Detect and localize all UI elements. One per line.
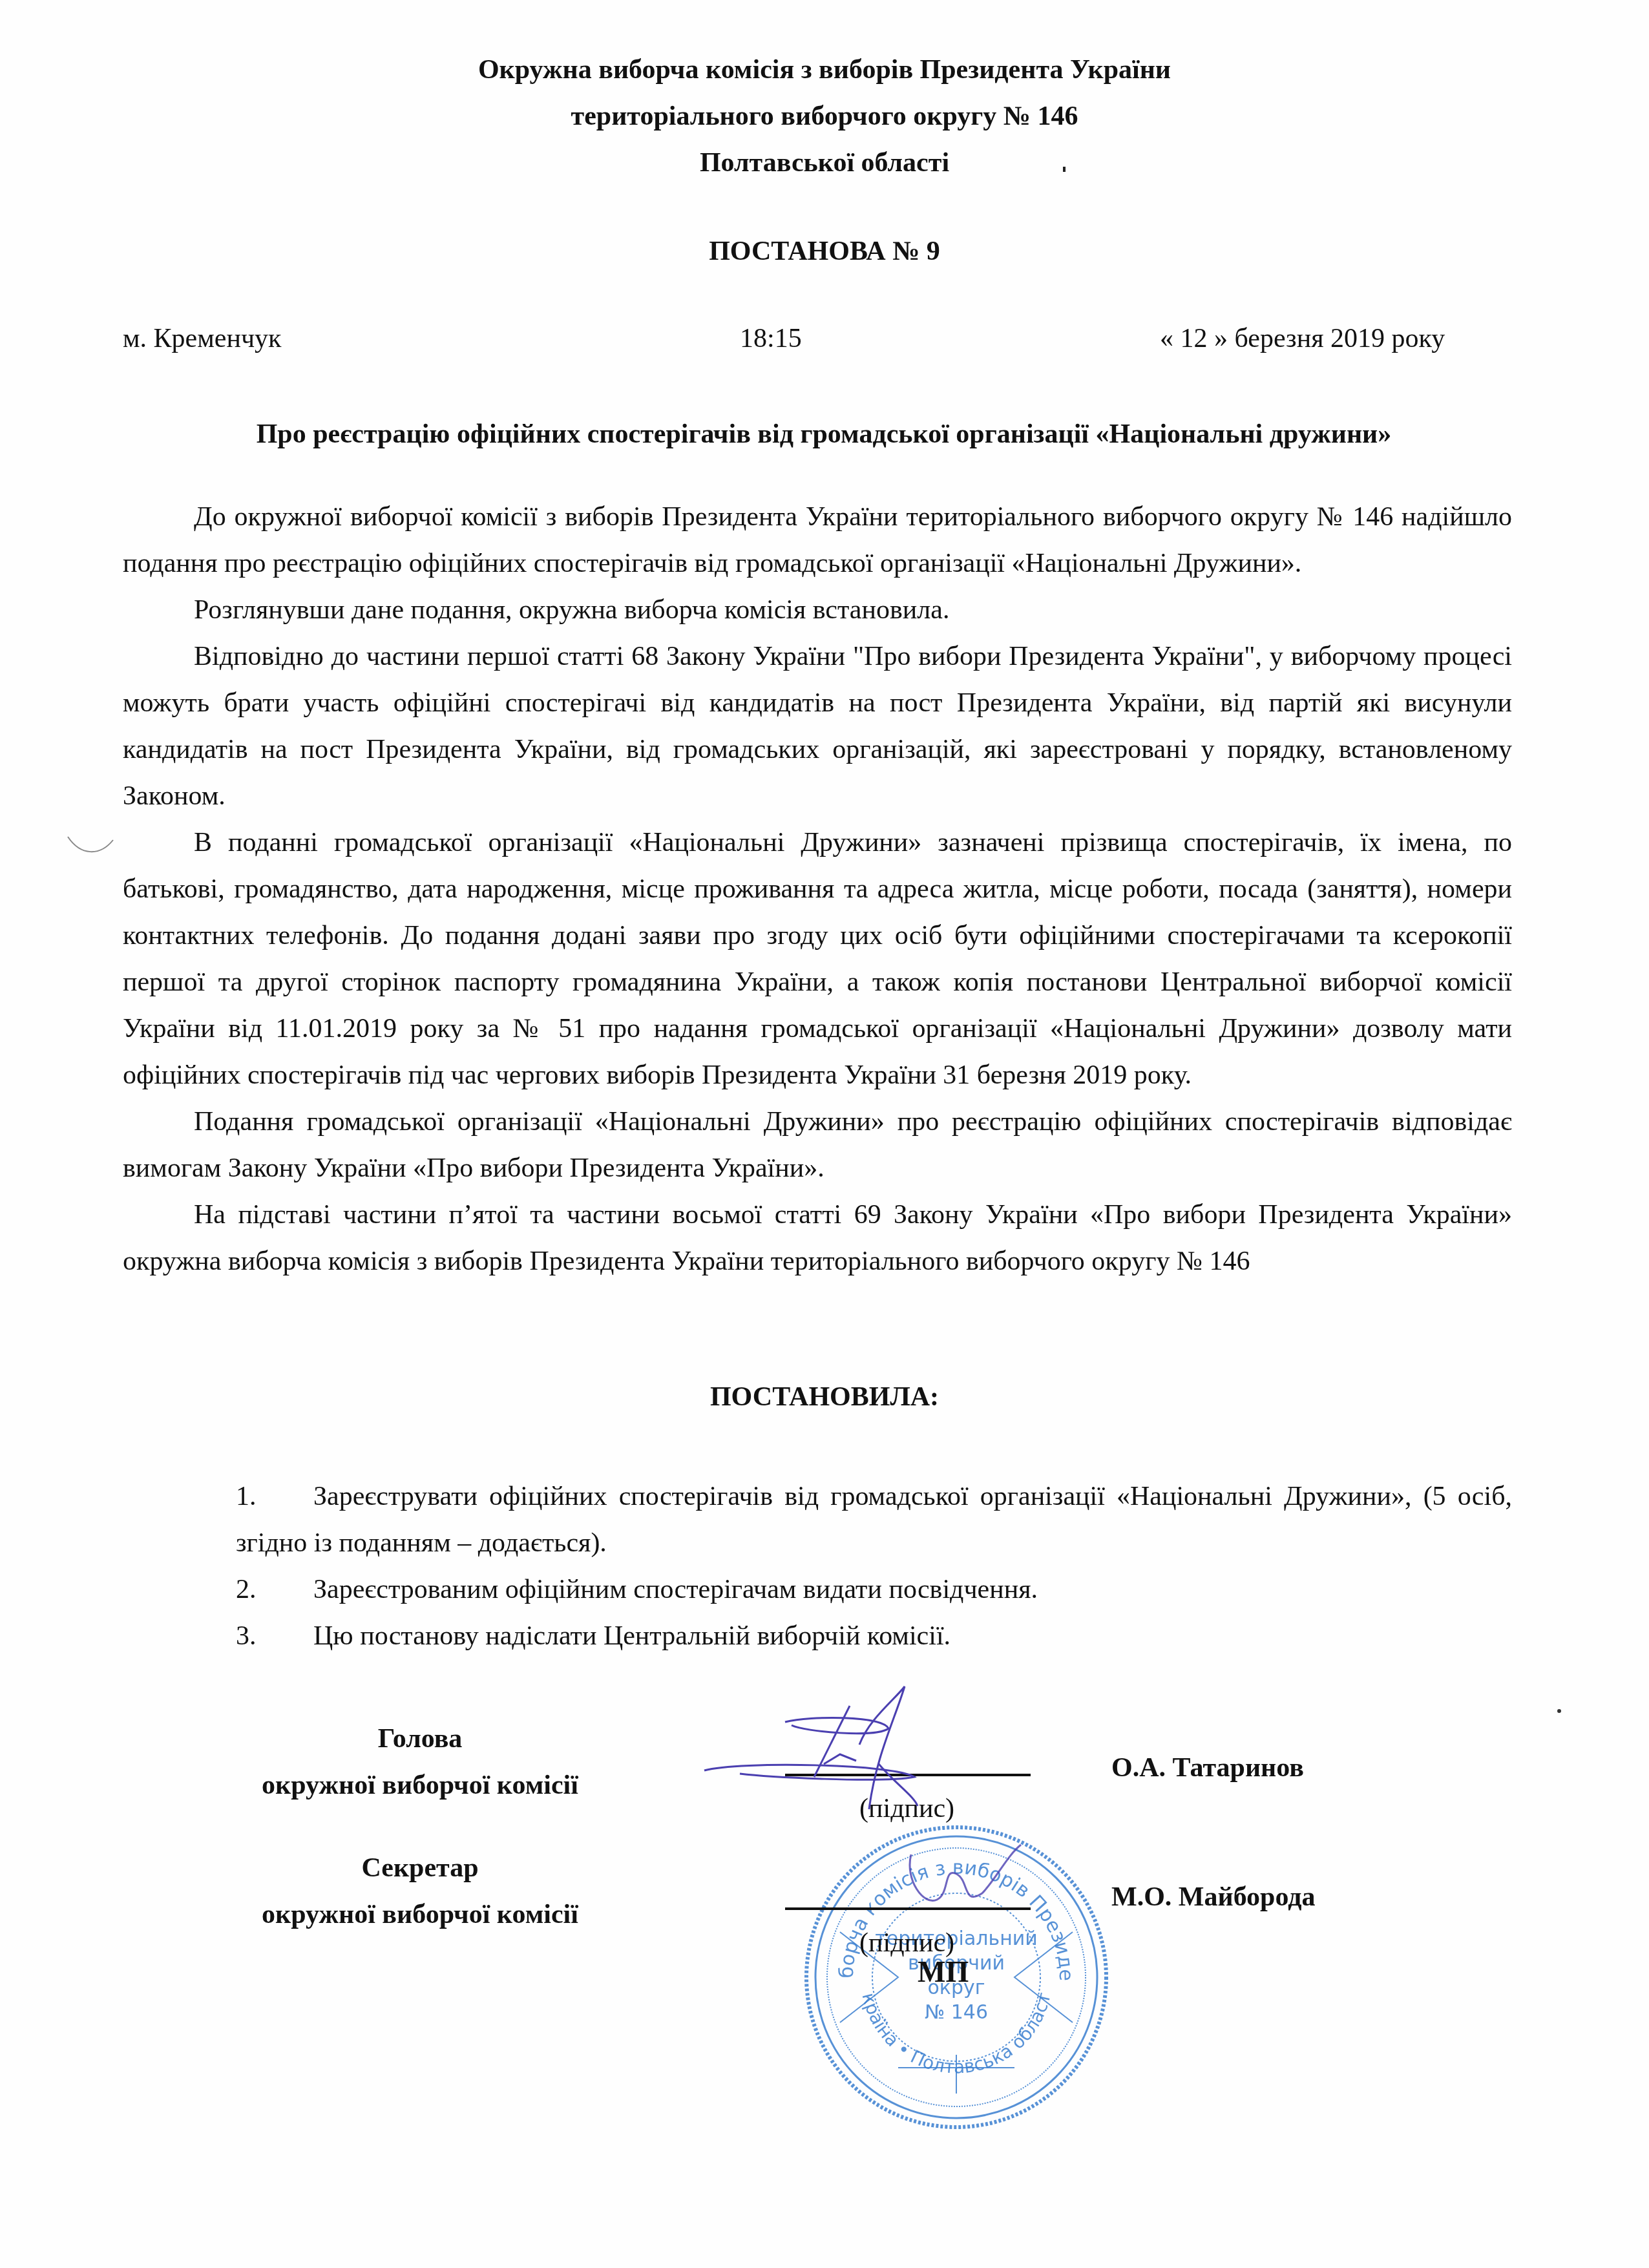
chair-signature-icon (701, 1680, 947, 1816)
decision-number: 2. (236, 1566, 313, 1613)
secretary-name: М.О. Майборода (1111, 1882, 1316, 1913)
secretary-role: Секретар окружної виборчої комісії (194, 1845, 646, 1938)
meta-city: м. Кременчук (123, 323, 281, 354)
paragraph-1: До окружної виборчої комісії з виборів П… (123, 494, 1512, 587)
chair-role-line-1: Голова (194, 1716, 646, 1762)
secretary-role-line-1: Секретар (194, 1845, 646, 1891)
meta-time: 18:15 (740, 323, 802, 354)
header-line-3: Полтавської області (0, 143, 1649, 182)
decision-number: 3. (236, 1613, 313, 1659)
paragraph-5: Подання громадської організації «Націона… (123, 1098, 1512, 1192)
header-line-1: Окружна виборча комісія з виборів Презид… (0, 50, 1649, 89)
secretary-role-line-2: окружної виборчої комісії (194, 1891, 646, 1938)
scan-mark-icon (65, 834, 116, 859)
paragraph-4: В поданні громадської організації «Націо… (123, 819, 1512, 1098)
svg-text:№ 146: № 146 (925, 2001, 988, 2024)
scan-dot-icon (1557, 1709, 1561, 1713)
decision-text: Зареєстрованим офіційним спостерігачам в… (313, 1566, 1038, 1613)
document-body: До окружної виборчої комісії з виборів П… (123, 494, 1512, 1285)
chair-name: О.А. Татаринов (1111, 1752, 1304, 1783)
header-line-2: територіального виборчого округу № 146 (0, 97, 1649, 136)
document-title: ПОСТАНОВА № 9 (0, 236, 1649, 267)
decision-text: Зареєструвати офіційних спостерігачів ві… (236, 1482, 1512, 1558)
decision-number: 1. (236, 1473, 313, 1520)
paragraph-2: Розглянувши дане подання, окружна виборч… (123, 587, 1512, 633)
secretary-signature-caption: (підпис) (859, 1927, 954, 1958)
seal-placement-label: МП (918, 1955, 969, 1989)
chair-role-line-2: окружної виборчої комісії (194, 1762, 646, 1809)
decision-item-2: 2.Зареєстрованим офіційним спостерігачам… (236, 1566, 1512, 1613)
chair-role: Голова окружної виборчої комісії (194, 1716, 646, 1809)
secretary-signature-icon (898, 1842, 1027, 1926)
scan-dot-icon (1063, 167, 1066, 172)
meta-date: « 12 » березня 2019 року (1160, 323, 1445, 354)
paragraph-6: На підставі частини п’ятої та частини во… (123, 1192, 1512, 1285)
decision-text: Цю постанову надіслати Центральній вибор… (313, 1613, 951, 1659)
decisions-list: 1.Зареєструвати офіційних спостерігачів … (236, 1473, 1512, 1659)
decision-item-1: 1.Зареєструвати офіційних спостерігачів … (236, 1473, 1512, 1566)
paragraph-3: Відповідно до частини першої статті 68 З… (123, 633, 1512, 819)
resolved-heading: ПОСТАНОВИЛА: (0, 1381, 1649, 1412)
document-page: Окружна виборча комісія з виборів Презид… (0, 0, 1649, 2268)
document-subject: Про реєстрацію офіційних спостерігачів в… (129, 419, 1518, 450)
decision-item-3: 3.Цю постанову надіслати Центральній виб… (236, 1613, 1512, 1659)
